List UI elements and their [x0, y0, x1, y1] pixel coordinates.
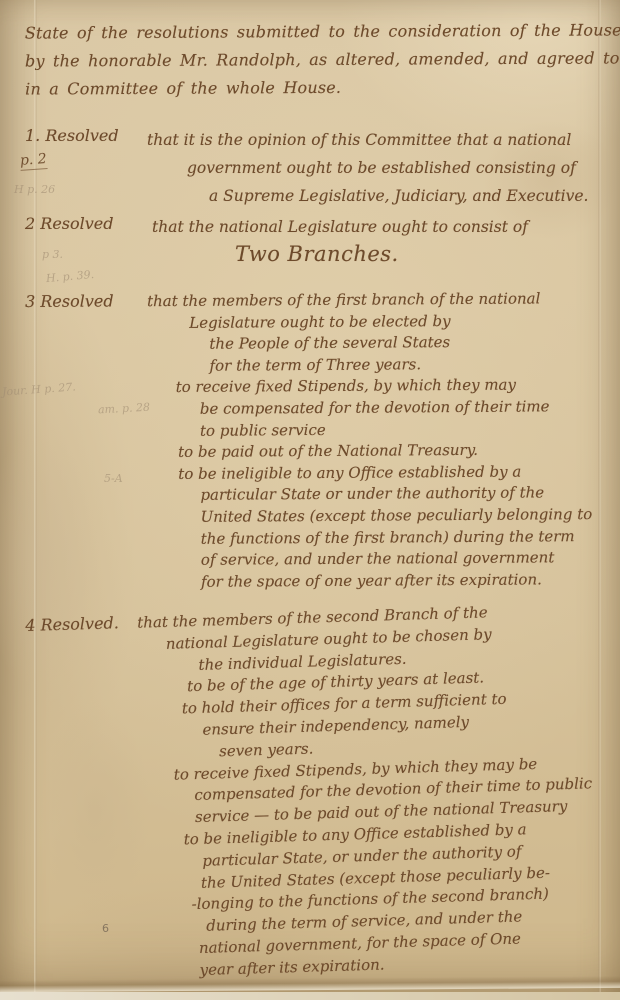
resolution-line: particular State or under the authority …: [200, 482, 592, 506]
resolution-3: 3 Resolvedthat the members of the first …: [25, 288, 593, 594]
resolution-line: for the term of Three years.: [209, 353, 591, 377]
resolution-line: government ought to be established consi…: [187, 154, 588, 182]
resolution-line: Two Branches.: [235, 241, 528, 268]
margin-note-5a: 5-A: [104, 472, 123, 485]
resolution-label: 4 Resolved.: [25, 613, 148, 987]
resolution-body: that the members of the first branch of …: [147, 288, 593, 593]
resolution-line: to receive fixed Stipends, by which they…: [176, 374, 592, 398]
resolution-line: to be paid out of the National Treasury.: [178, 439, 592, 463]
margin-note-hp39: H. p. 39.: [46, 268, 95, 285]
resolution-body: that it is the opinion of this Committee…: [147, 126, 588, 210]
resolution-line: that it is the opinion of this Committee…: [147, 126, 588, 154]
resolution-label: 3 Resolved: [25, 291, 149, 594]
resolution-line: to be ineligible to any Office establish…: [178, 461, 592, 485]
resolution-4: 4 Resolved.that the members of the secon…: [25, 599, 598, 986]
page-number: 6: [102, 922, 109, 935]
resolution-2: 2 Resolvedthat the national Legislature …: [25, 214, 528, 268]
paper-fold-right: [598, 0, 601, 1000]
resolution-line: that the members of the first branch of …: [147, 288, 591, 313]
heading-line: in a Committee of the whole House.: [25, 72, 610, 103]
resolution-line: United States (except those peculiarly b…: [201, 504, 593, 528]
manuscript-page: State of the resolutions submitted to th…: [0, 0, 620, 1000]
resolution-line: that the national Legislature ought to c…: [152, 214, 528, 241]
resolution-body: that the national Legislature ought to c…: [147, 214, 528, 268]
paper-bottom-edge: [0, 992, 620, 1000]
resolution-line: of service, and under the national gover…: [201, 547, 593, 571]
resolution-line: Legislature ought to be elected by: [189, 310, 591, 334]
margin-note-p2: p. 2: [19, 151, 47, 171]
resolution-line: the People of the several States: [209, 331, 591, 355]
resolution-line: a Supreme Legislative, Judiciary, and Ex…: [209, 182, 588, 210]
resolution-line: to public service: [200, 418, 592, 442]
heading-line: State of the resolutions submitted to th…: [25, 16, 610, 47]
margin-note-hp26: H p. 26: [14, 183, 55, 196]
resolution-body: that the members of the second Branch of…: [137, 599, 598, 983]
document-heading: State of the resolutions submitted to th…: [25, 16, 610, 103]
resolution-line: for the space of one year after its expi…: [201, 569, 593, 593]
margin-note-am-p28: am. p. 28: [98, 401, 151, 417]
margin-note-p3: p 3.: [42, 248, 63, 261]
resolution-1: 1. Resolvedthat it is the opinion of thi…: [25, 126, 588, 210]
resolution-line: the functions of the first branch) durin…: [201, 526, 593, 550]
resolution-line: be compensated for the devotion of their…: [200, 396, 592, 420]
heading-line: by the honorable Mr. Randolph, as altere…: [25, 44, 610, 75]
